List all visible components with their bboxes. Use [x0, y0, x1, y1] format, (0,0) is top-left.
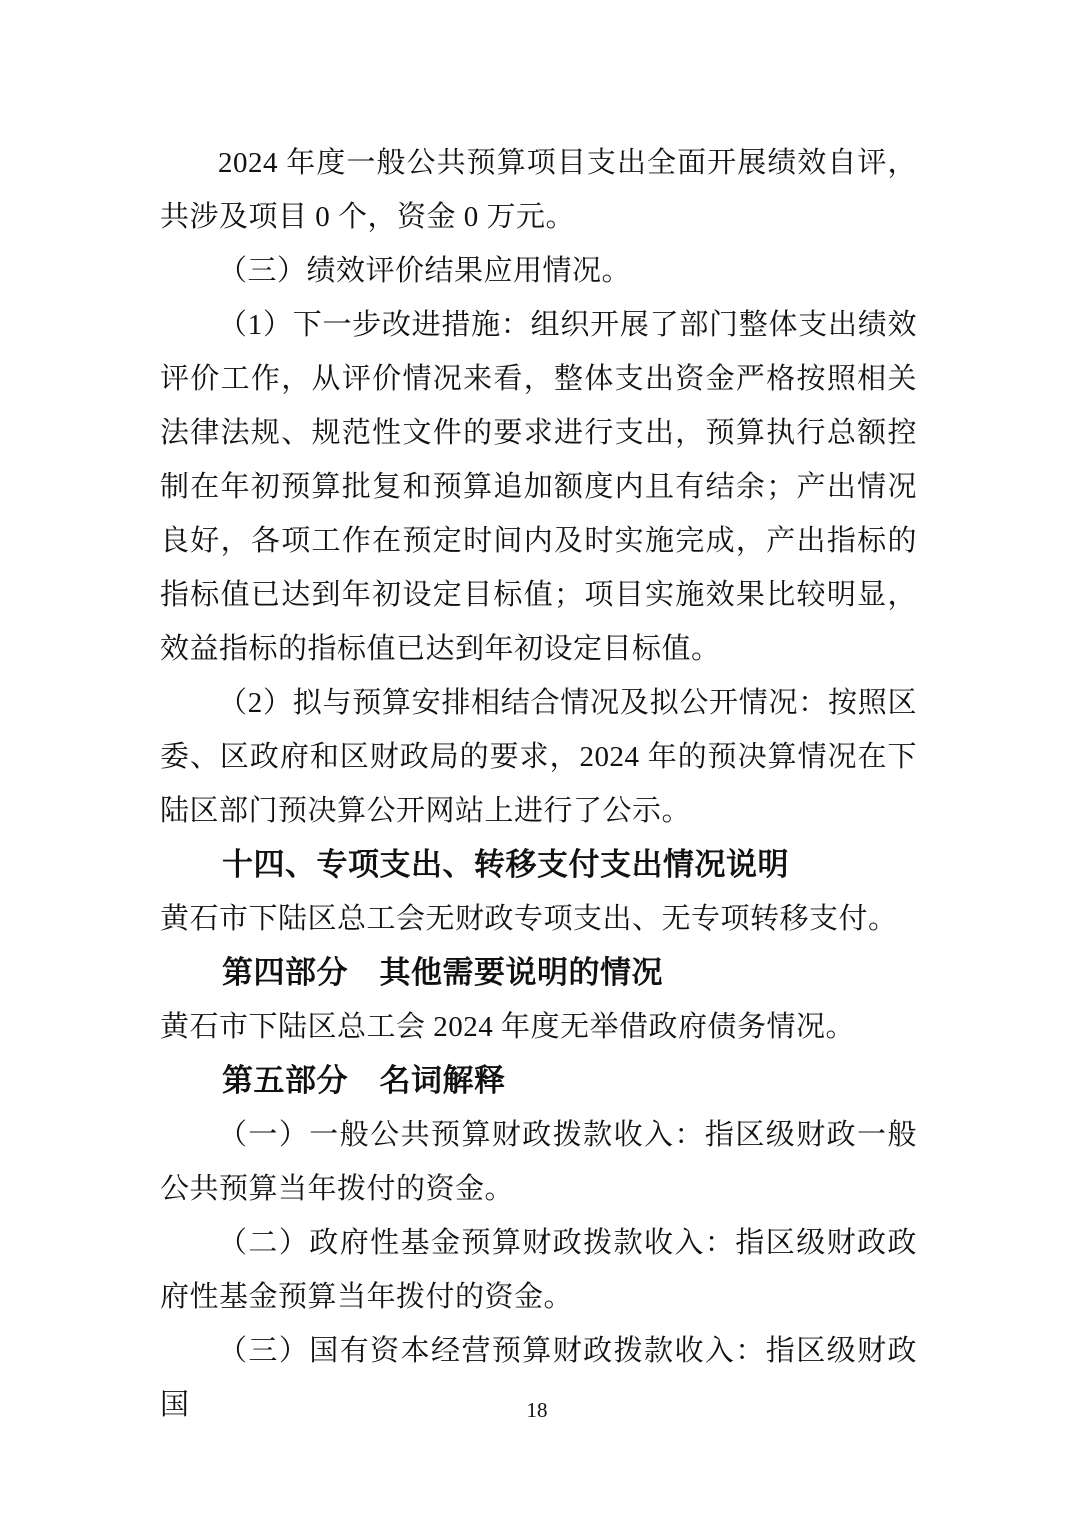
section-heading-part4-other-notes: 第四部分 其他需要说明的情况 — [160, 946, 917, 1000]
paragraph-heading-evaluation-result-application: （三）绩效评价结果应用情况。 — [160, 244, 917, 298]
section-heading-14-special-expenditure: 十四、专项支出、转移支付支出情况说明 — [160, 838, 917, 892]
paragraph-glossary-general-public-budget: （一）一般公共预算财政拨款收入：指区级财政一般公共预算当年拨付的资金。 — [160, 1108, 917, 1216]
paragraph-budget-disclosure: （2）拟与预算安排相结合情况及拟公开情况：按照区委、区政府和区财政局的要求，20… — [160, 676, 917, 838]
page-number: 18 — [0, 1398, 1074, 1423]
document-body: 2024 年度一般公共预算项目支出全面开展绩效自评，共涉及项目 0 个，资金 0… — [160, 136, 917, 1432]
paragraph-no-government-debt: 黄石市下陆区总工会 2024 年度无举借政府债务情况。 — [160, 1000, 917, 1054]
document-page: 2024 年度一般公共预算项目支出全面开展绩效自评，共涉及项目 0 个，资金 0… — [0, 0, 1074, 1520]
section-heading-part5-glossary: 第五部分 名词解释 — [160, 1054, 917, 1108]
paragraph-glossary-government-fund-budget: （二）政府性基金预算财政拨款收入：指区级财政政府性基金预算当年拨付的资金。 — [160, 1216, 917, 1324]
paragraph-no-special-expenditure: 黄石市下陆区总工会无财政专项支出、无专项转移支付。 — [160, 892, 917, 946]
paragraph-project-self-evaluation: 2024 年度一般公共预算项目支出全面开展绩效自评，共涉及项目 0 个，资金 0… — [160, 136, 917, 244]
paragraph-improvement-measures: （1）下一步改进措施：组织开展了部门整体支出绩效评价工作，从评价情况来看，整体支… — [160, 298, 917, 676]
